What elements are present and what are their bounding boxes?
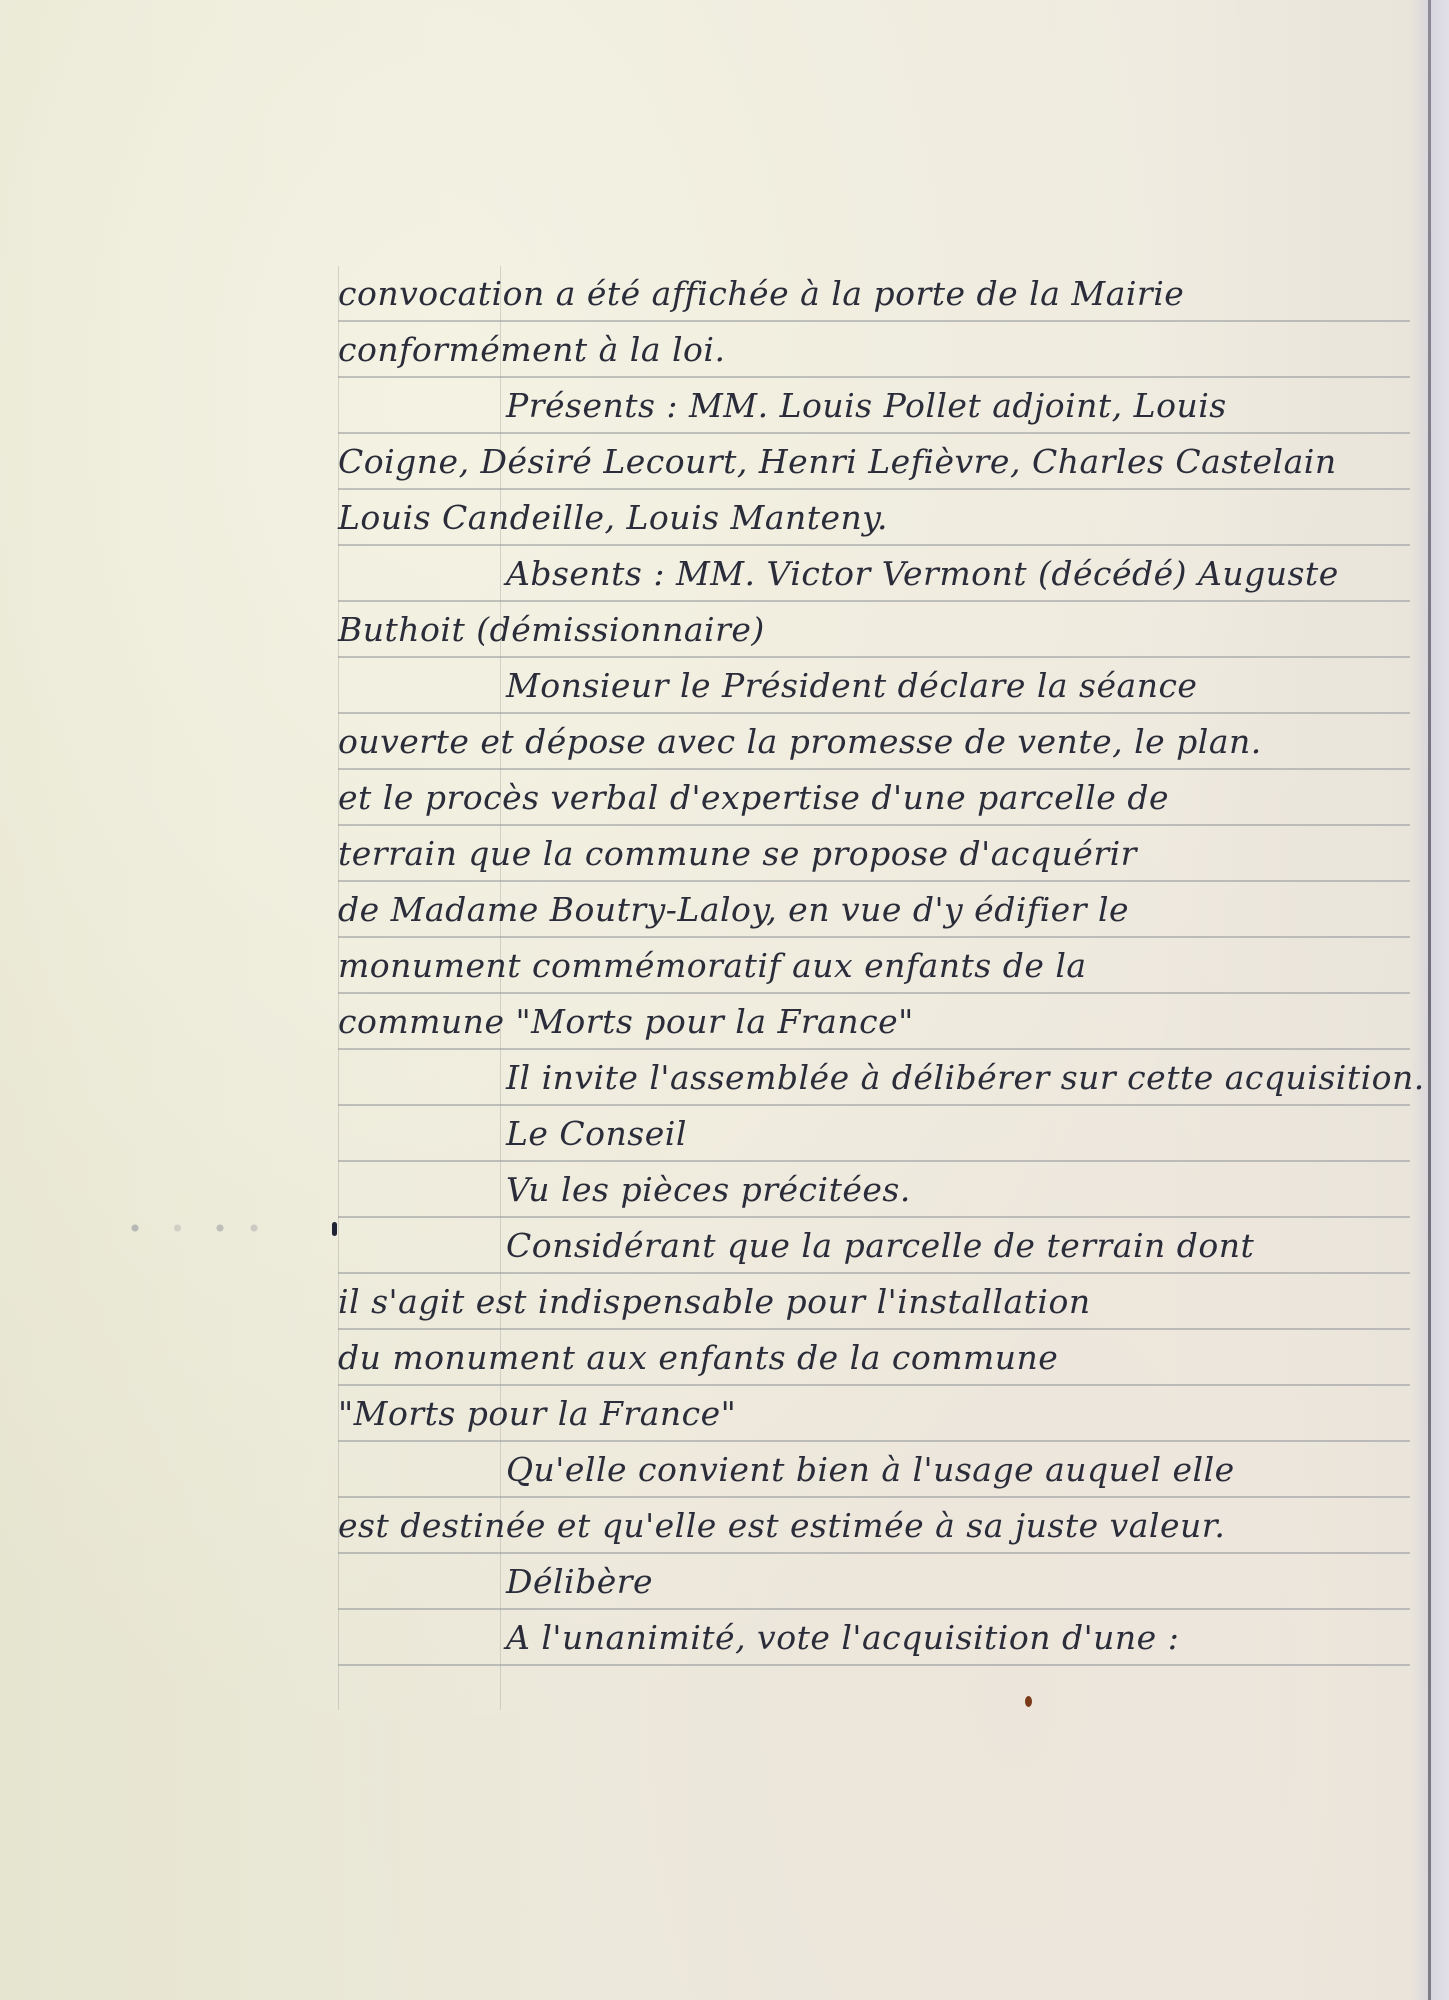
handwritten-line: Buthoit (démissionnaire)	[338, 602, 1418, 658]
handwritten-line: il s'agit est indispensable pour l'insta…	[338, 1274, 1418, 1330]
handwritten-line: Le Conseil	[338, 1106, 1418, 1162]
handwritten-line: de Madame Boutry-Laloy, en vue d'y édifi…	[338, 882, 1418, 938]
handwritten-line: Monsieur le Président déclare la séance	[338, 658, 1418, 714]
handwritten-line: terrain que la commune se propose d'acqu…	[338, 826, 1418, 882]
handwritten-line: convocation a été affichée à la porte de…	[338, 266, 1418, 322]
handwritten-line: est destinée et qu'elle est estimée à sa…	[338, 1498, 1418, 1554]
handwritten-line: commune "Morts pour la France"	[338, 994, 1418, 1050]
margin-ink-mark	[332, 1222, 337, 1236]
handwritten-line: Absents : MM. Victor Vermont (décédé) Au…	[338, 546, 1418, 602]
handwritten-line: A l'unanimité, vote l'acquisition d'une …	[338, 1610, 1418, 1666]
ruled-writing-area: convocation a été affichée à la porte de…	[338, 266, 1410, 1710]
handwritten-line: Louis Candeille, Louis Manteny.	[338, 490, 1418, 546]
handwritten-line: conformément à la loi.	[338, 322, 1418, 378]
handwritten-line: "Morts pour la France"	[338, 1386, 1418, 1442]
next-page-strip	[1431, 0, 1449, 2000]
handwritten-line: ouverte et dépose avec la promesse de ve…	[338, 714, 1418, 770]
handwritten-line: et le procès verbal d'expertise d'une pa…	[338, 770, 1418, 826]
ink-stain	[1025, 1696, 1032, 1707]
handwritten-line: Délibère	[338, 1554, 1418, 1610]
handwritten-line: Il invite l'assemblée à délibérer sur ce…	[338, 1050, 1418, 1106]
handwritten-line: monument commémoratif aux enfants de la	[338, 938, 1418, 994]
handwritten-line: Coigne, Désiré Lecourt, Henri Lefièvre, …	[338, 434, 1418, 490]
handwritten-line: du monument aux enfants de la commune	[338, 1330, 1418, 1386]
handwritten-line: Considérant que la parcelle de terrain d…	[338, 1218, 1418, 1274]
handwritten-line: Vu les pièces précitées.	[338, 1162, 1418, 1218]
faint-margin-marks	[118, 1222, 288, 1234]
handwritten-line: Présents : MM. Louis Pollet adjoint, Lou…	[338, 378, 1418, 434]
handwritten-line: Qu'elle convient bien à l'usage auquel e…	[338, 1442, 1418, 1498]
